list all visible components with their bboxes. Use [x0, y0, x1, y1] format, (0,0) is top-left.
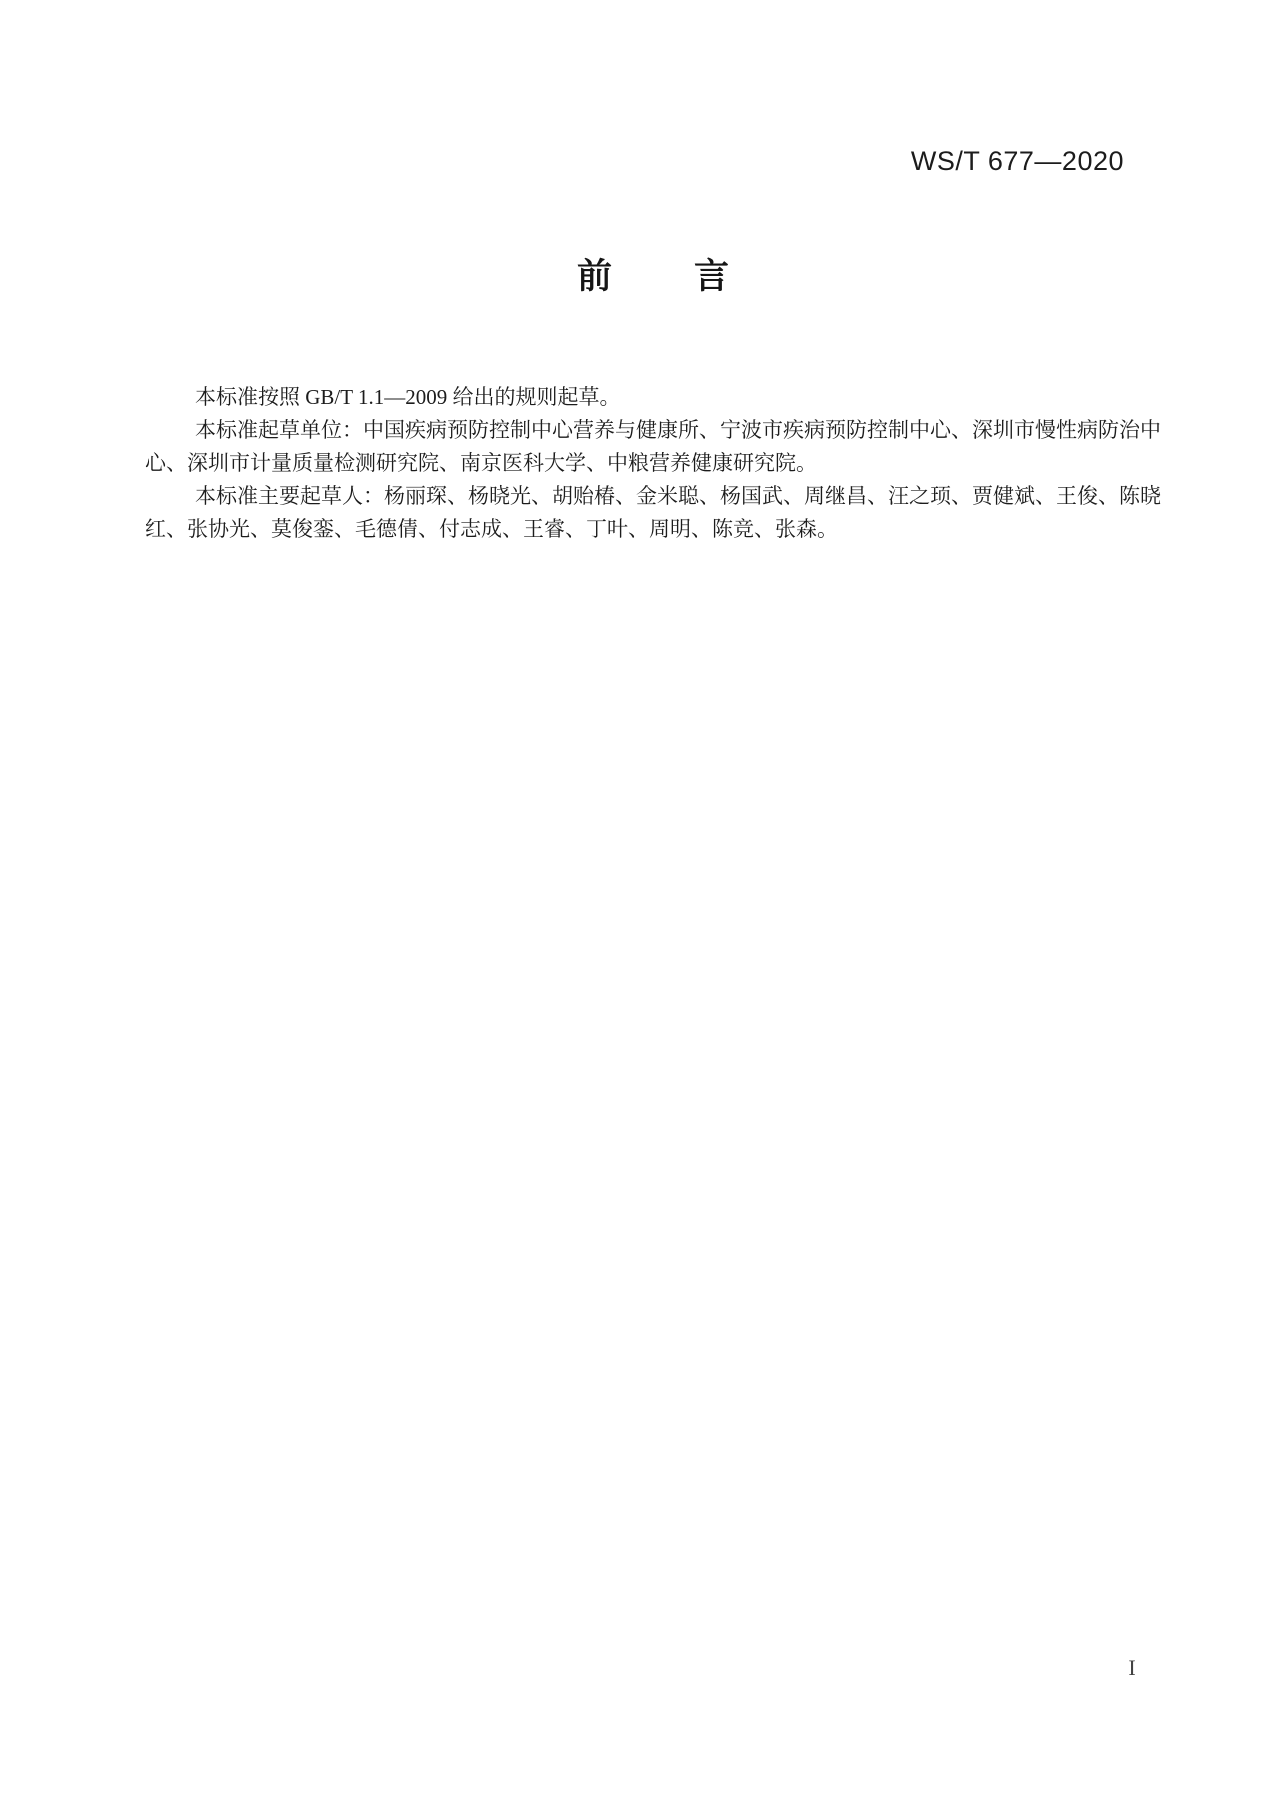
foreword-title-char-left: 前: [577, 255, 612, 299]
foreword-title-char-right: 言: [694, 255, 729, 299]
foreword-body: 本标准按照 GB/T 1.1—2009 给出的规则起草。 本标准起草单位：中国疾…: [145, 381, 1161, 546]
foreword-title: 前 言: [145, 255, 1161, 299]
standard-code-header: WS/T 677—2020: [911, 146, 1124, 176]
page-number: I: [1100, 1655, 1164, 1681]
paragraph-drafting-organizations: 本标准起草单位：中国疾病预防控制中心营养与健康所、宁波市疾病预防控制中心、深圳市…: [145, 414, 1161, 480]
paragraph-drafters: 本标准主要起草人：杨丽琛、杨晓光、胡贻椿、金米聪、杨国武、周继昌、汪之顼、贾健斌…: [145, 480, 1161, 546]
document-page: WS/T 677—2020 前 言 本标准按照 GB/T 1.1—2009 给出…: [0, 0, 1280, 1809]
paragraph-drafting-rules: 本标准按照 GB/T 1.1—2009 给出的规则起草。: [145, 381, 1161, 414]
